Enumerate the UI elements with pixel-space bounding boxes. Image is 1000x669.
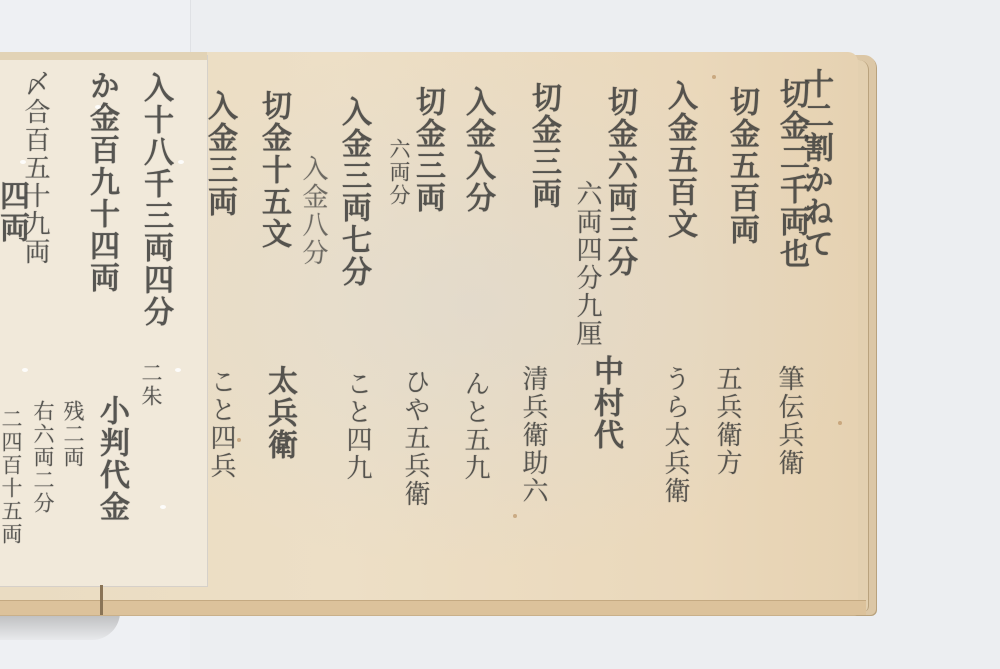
slip-column: 残二両 bbox=[62, 400, 83, 469]
entry-column: 切金六両三分 bbox=[604, 86, 634, 278]
slip-torn-edge bbox=[0, 52, 207, 60]
book-shadow bbox=[0, 612, 120, 640]
slip-column: 入十八千三両四分 bbox=[140, 72, 170, 328]
slip-column: 四両 bbox=[0, 180, 26, 244]
entry-column: 六両四分九厘 bbox=[574, 180, 600, 348]
entry-column: 入金三両七分 bbox=[338, 96, 368, 288]
stain-mark bbox=[712, 75, 716, 79]
entry-column: 入金入分 bbox=[462, 86, 492, 214]
binding-gutter bbox=[100, 585, 103, 615]
entry-column: 切金十五文 bbox=[258, 90, 288, 250]
worm-hole bbox=[178, 160, 184, 164]
name-column: 中村代 bbox=[590, 355, 620, 451]
entry-column: 切金三両 bbox=[412, 86, 442, 214]
worm-hole bbox=[160, 505, 166, 509]
name-column: こと四九 bbox=[344, 370, 370, 482]
worm-hole bbox=[20, 160, 26, 164]
stain-mark bbox=[838, 421, 842, 425]
entry-column: 入金三両 bbox=[204, 90, 234, 218]
background-seam bbox=[190, 0, 191, 52]
name-column: うら太兵衛 bbox=[662, 365, 688, 505]
slip-column: か金百九十四両 bbox=[86, 70, 116, 294]
worm-hole bbox=[22, 368, 28, 372]
page-bottom-edge bbox=[0, 600, 866, 615]
stain-mark bbox=[237, 438, 241, 442]
slip-column: 右六両二分 bbox=[32, 400, 53, 515]
name-column: ひや五兵衛 bbox=[402, 368, 428, 508]
entry-column: 六両分 bbox=[388, 138, 409, 207]
slip-column: 二朱 bbox=[140, 362, 161, 408]
entry-column: 入金八分 bbox=[300, 155, 326, 267]
name-column: んと五九 bbox=[462, 370, 488, 482]
worm-hole bbox=[175, 368, 181, 372]
entry-column: 切金二千両也 bbox=[776, 78, 806, 270]
slip-column: 二四百十五両 bbox=[0, 408, 21, 546]
name-column: 筆伝兵衛 bbox=[776, 365, 802, 477]
entry-column: 切金五百両 bbox=[726, 86, 756, 246]
worm-hole bbox=[95, 105, 101, 109]
name-column: 清兵衛助六 bbox=[520, 365, 546, 505]
entry-column: 入金五百文 bbox=[664, 80, 694, 240]
name-column: 五兵衛方 bbox=[714, 365, 740, 477]
slip-column: 小判代金 bbox=[96, 395, 126, 523]
entry-column: 切金三両 bbox=[528, 82, 558, 210]
stain-mark bbox=[513, 514, 517, 518]
name-column: こと四兵 bbox=[208, 368, 234, 480]
name-column: 太兵衛 bbox=[264, 365, 294, 461]
